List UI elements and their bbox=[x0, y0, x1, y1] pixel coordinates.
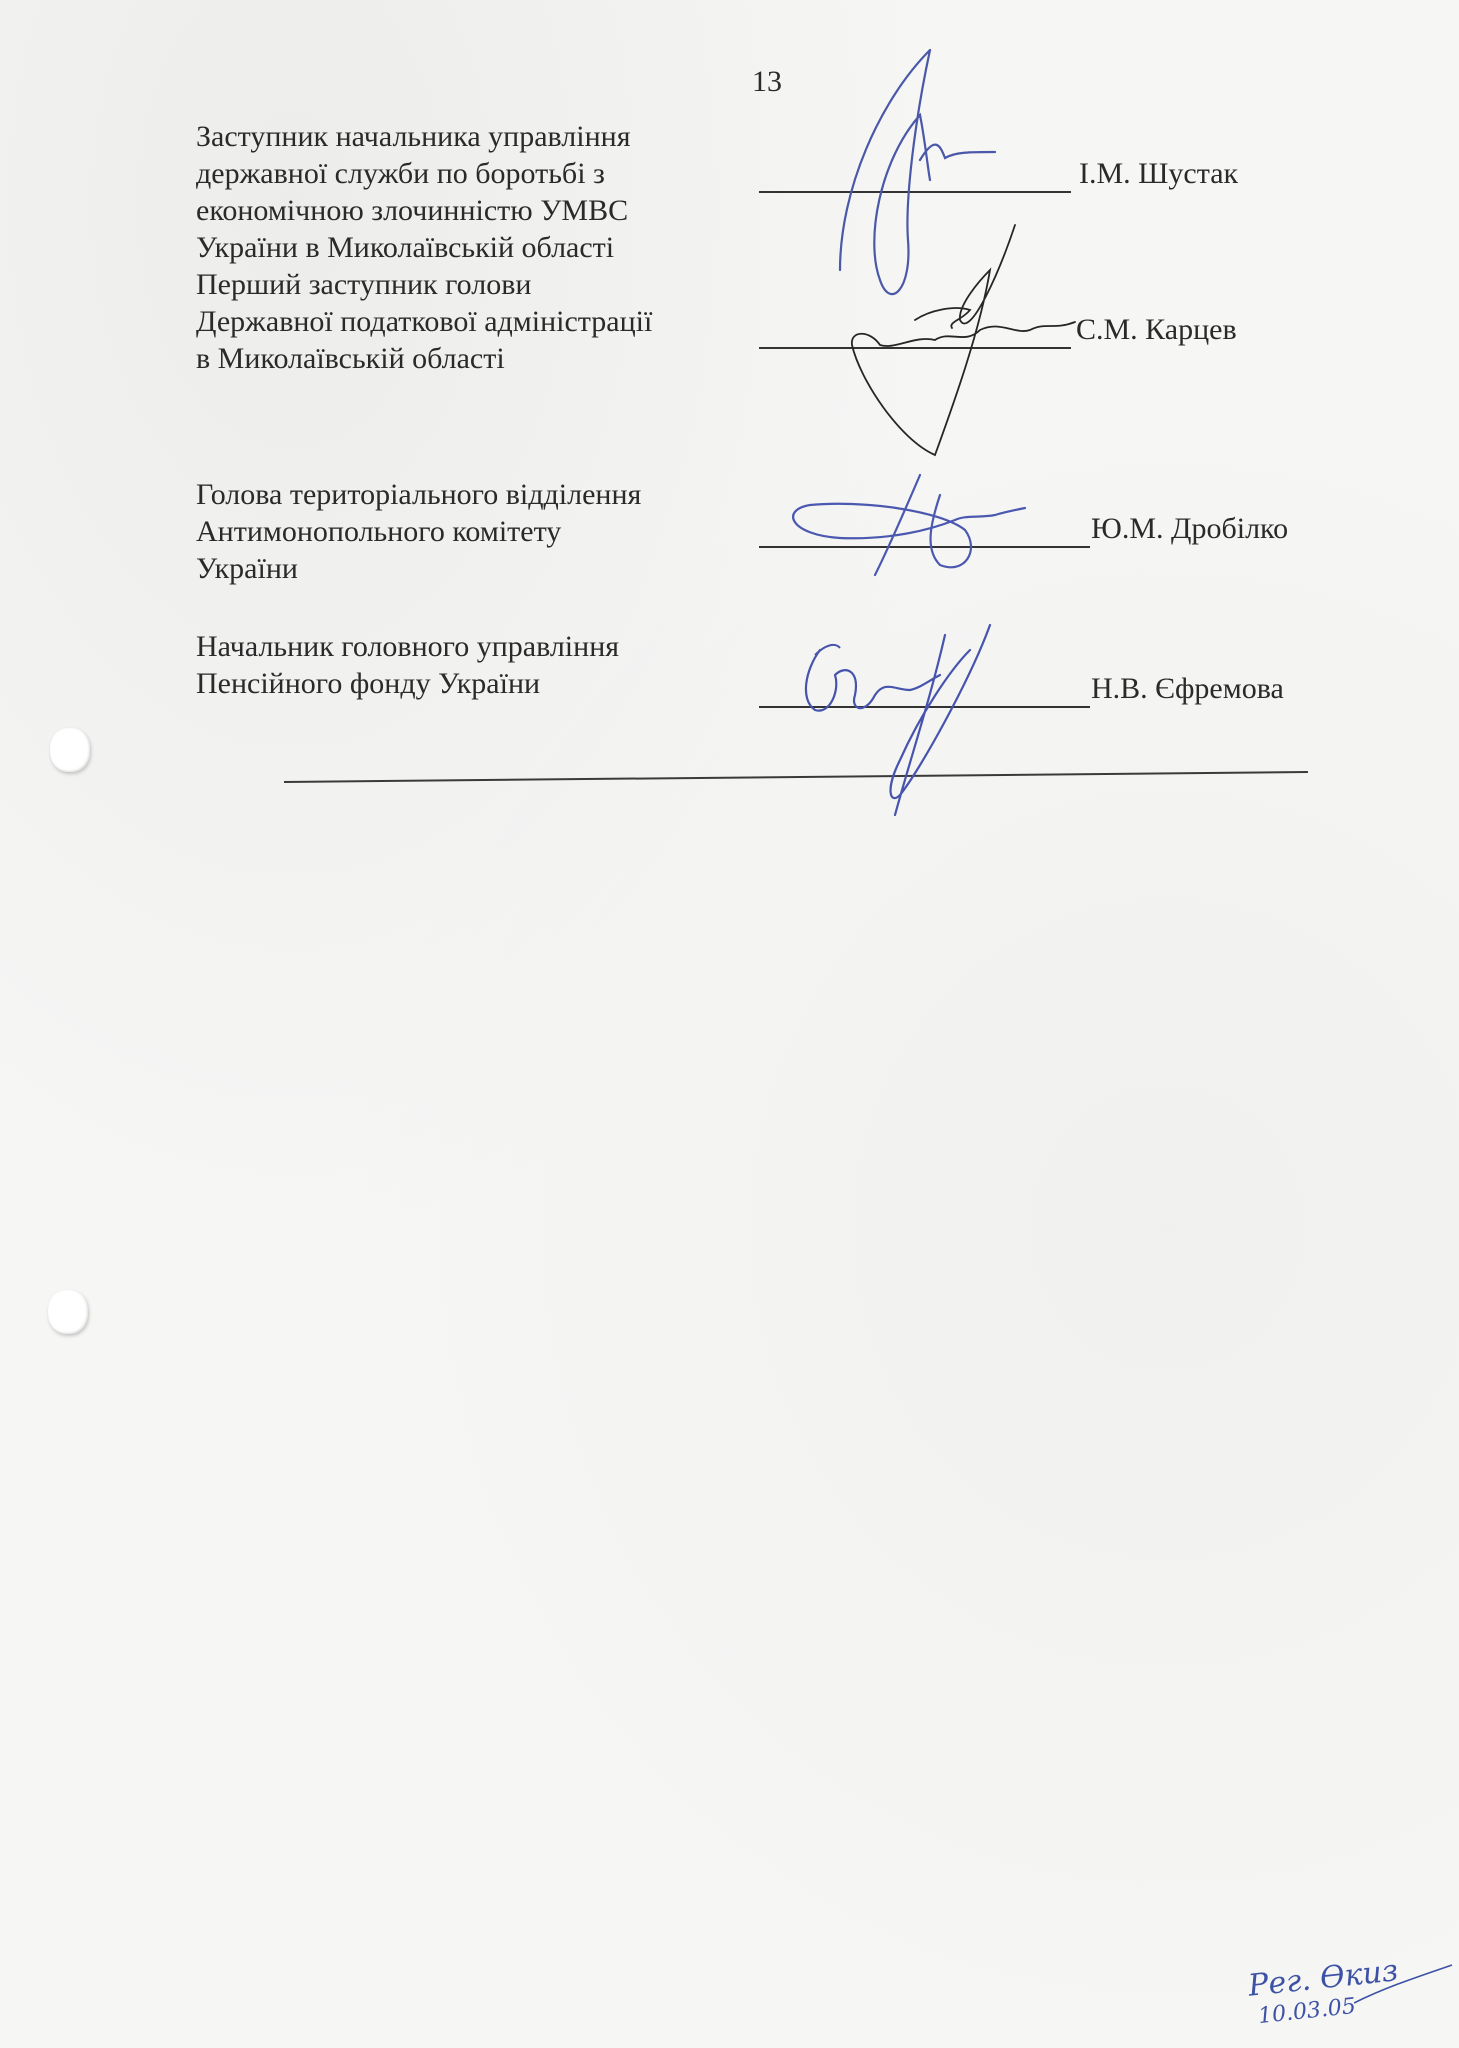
signature-line bbox=[759, 191, 1071, 193]
signature-drobilko-icon bbox=[780, 470, 1040, 580]
signature-line bbox=[759, 347, 1071, 349]
position-line: в Миколаївській області bbox=[196, 340, 652, 377]
position-line: економічною злочинністю УМВС bbox=[196, 192, 631, 229]
signer-name: І.М. Шустак bbox=[1079, 158, 1238, 190]
signer-name: Н.В. Єфремова bbox=[1091, 673, 1284, 705]
page-number: 13 bbox=[752, 66, 782, 98]
punch-hole-mark bbox=[48, 1290, 88, 1334]
signature-kartsev-icon bbox=[840, 210, 1090, 460]
position-line: України bbox=[196, 550, 641, 587]
position-line: Антимонопольного комітету bbox=[196, 513, 641, 550]
signature-yefremova-icon bbox=[790, 620, 1040, 820]
position-line: Пенсійного фонду України bbox=[196, 665, 619, 702]
closing-separator-line bbox=[284, 771, 1308, 783]
position-line: Заступник начальника управління bbox=[196, 118, 631, 155]
position-line: України в Миколаївській області bbox=[196, 229, 631, 266]
registration-note: Рег. Ѳкиз 10.03.05 bbox=[1244, 1955, 1454, 2035]
signatory-4-position: Начальник головного управління Пенсійног… bbox=[196, 628, 619, 702]
signature-line bbox=[759, 546, 1090, 548]
signatory-2-position: Перший заступник голови Державної податк… bbox=[196, 266, 652, 377]
signer-name: Ю.М. Дробілко bbox=[1091, 513, 1288, 545]
signature-line bbox=[759, 706, 1090, 708]
signatory-3-position: Голова територіального відділення Антимо… bbox=[196, 476, 641, 587]
position-line: Голова територіального відділення bbox=[196, 476, 641, 513]
position-line: державної служби по боротьбі з bbox=[196, 155, 631, 192]
punch-hole-mark bbox=[50, 728, 90, 772]
position-line: Державної податкової адміністрації bbox=[196, 303, 652, 340]
signature-shustak-icon bbox=[820, 40, 1060, 310]
signatory-1-position: Заступник начальника управління державно… bbox=[196, 118, 631, 266]
position-line: Начальник головного управління bbox=[196, 628, 619, 665]
signer-name: С.М. Карцев bbox=[1076, 314, 1237, 346]
position-line: Перший заступник голови bbox=[196, 266, 652, 303]
